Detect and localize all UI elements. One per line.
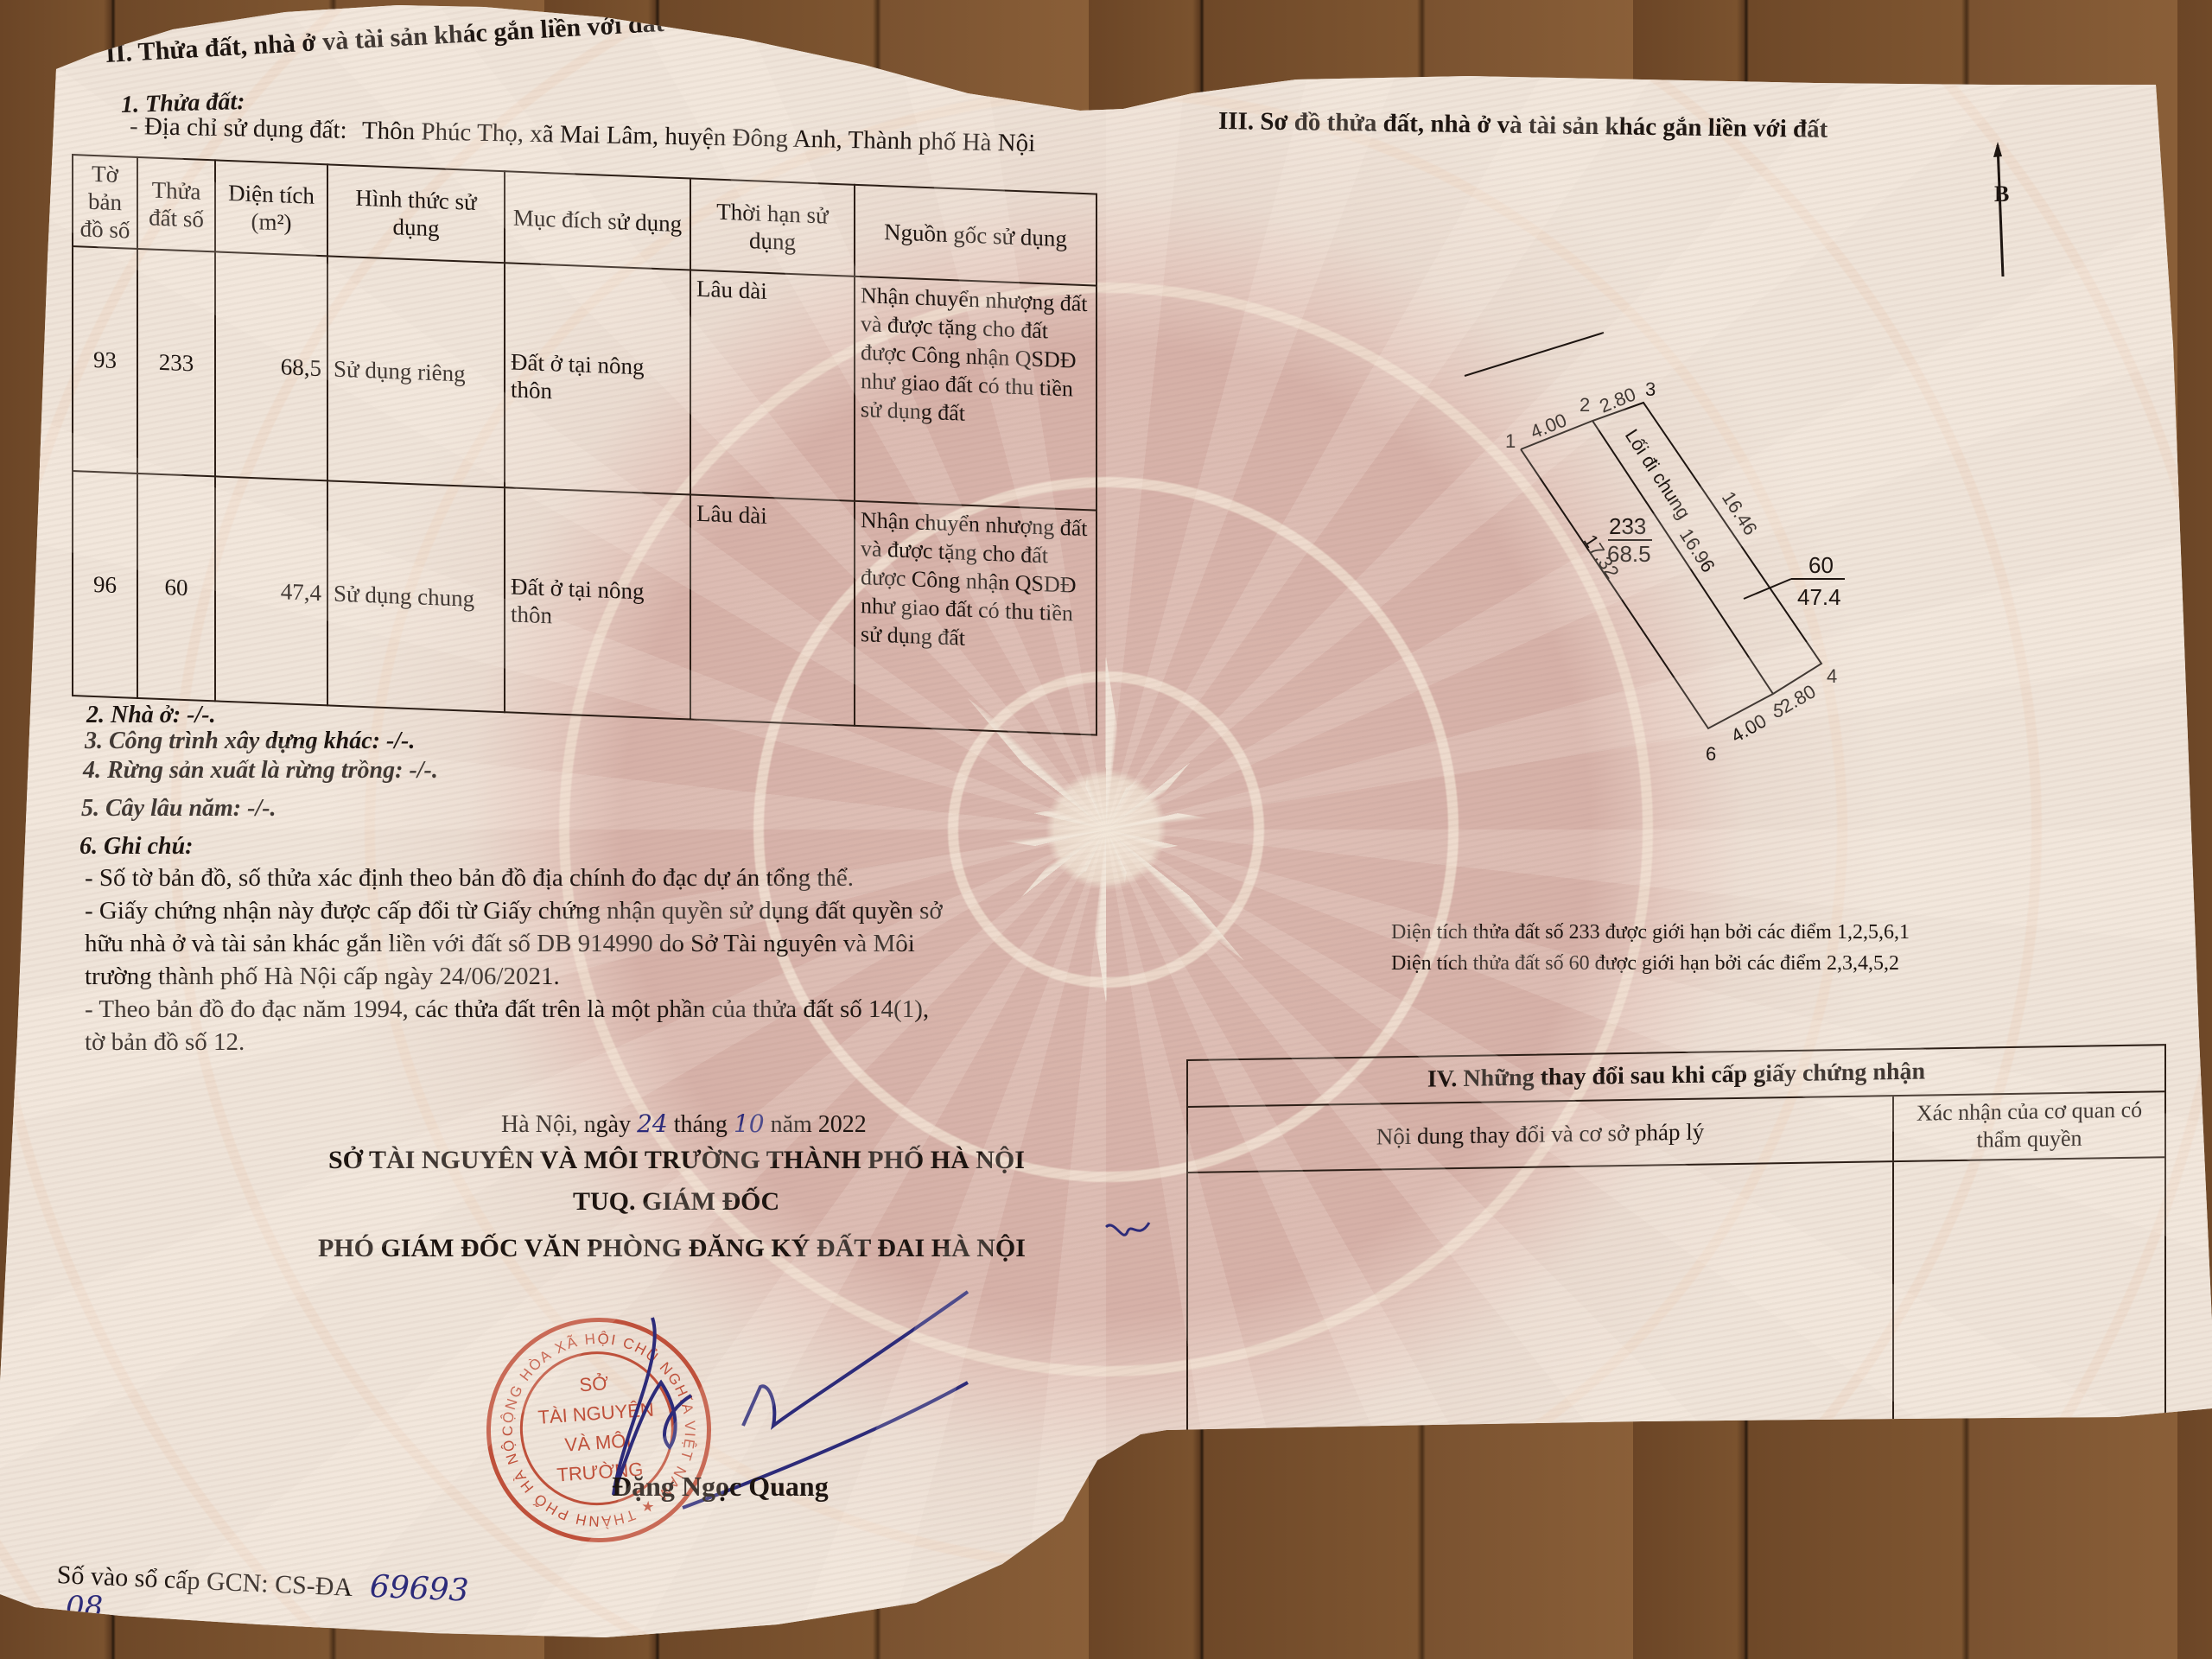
item-house: 2. Nhà ở: -/-. <box>86 702 216 729</box>
boundary-note-60: Diện tích thửa đất số 60 được giới hạn b… <box>1391 952 1899 976</box>
table-row: 96 60 47,4 Sử dụng chung Đất ở tại nông … <box>73 471 1096 735</box>
section-2-title: II. Thửa đất, nhà ở và tài sản khác gắn … <box>105 9 664 69</box>
table-row: 93 233 68,5 Sử dụng riêng Đất ở tại nông… <box>73 246 1096 511</box>
cell-parcel-no: 233 <box>137 249 215 476</box>
col-header-term: Thời hạn sử dụng <box>690 179 855 276</box>
changes-empty-row <box>1188 1158 2164 1550</box>
cell-parcel-no: 60 <box>137 474 215 701</box>
col-header-purpose: Mục đích sử dụng <box>505 171 690 270</box>
changes-table: IV. Những thay đổi sau khi cấp giấy chứn… <box>1186 1044 2166 1552</box>
col-header-usage-form: Hình thức sử dụng <box>327 164 505 263</box>
svg-text:4: 4 <box>1827 665 1837 687</box>
handwritten-signature <box>484 1210 1175 1521</box>
cell-area: 47,4 <box>215 476 327 705</box>
cell-term: Lâu dài <box>690 495 855 726</box>
cell-usage-form: Sử dụng chung <box>327 480 505 712</box>
signer-name: Đặng Ngọc Quang <box>612 1471 829 1503</box>
signing-day: 24 <box>637 1109 668 1138</box>
change-content-cell <box>1188 1162 1894 1550</box>
address-line: - Địa chỉ sử dụng đất: Thôn Phúc Thọ, xã… <box>130 112 1036 158</box>
cell-area: 68,5 <box>215 251 327 480</box>
item-perennial-trees: 5. Cây lâu năm: -/-. <box>81 795 276 823</box>
col-header-area: Diện tích (m²) <box>215 160 327 256</box>
svg-text:16.46: 16.46 <box>1718 487 1762 539</box>
svg-text:1: 1 <box>1505 430 1516 452</box>
note-line: - Số tờ bản đồ, số thửa xác định theo bả… <box>85 864 854 893</box>
svg-text:3: 3 <box>1645 378 1656 400</box>
cell-usage-form: Sử dụng riêng <box>327 256 505 487</box>
registry-number: 69693 <box>369 1569 469 1609</box>
cell-purpose: Đất ở tại nông thôn <box>505 263 690 494</box>
address-value: Thôn Phúc Thọ, xã Mai Lâm, huyện Đông An… <box>362 117 1036 157</box>
col-header-change-content: Nội dung thay đổi và cơ sở pháp lý <box>1188 1096 1894 1172</box>
svg-text:60: 60 <box>1808 552 1834 578</box>
svg-text:16.96: 16.96 <box>1675 524 1719 576</box>
col-header-origin: Nguồn gốc sử dụng <box>855 185 1096 286</box>
note-line: - Theo bản đồ đo đạc năm 1994, các thửa … <box>85 995 929 1024</box>
cell-origin: Nhận chuyển nhượng đất và được tặng cho … <box>855 276 1096 511</box>
cell-map-sheet: 93 <box>73 246 137 474</box>
parcel-diagram: 1 2 3 4 5 6 4.00 2.80 16.46 16.96 2.80 4… <box>1452 311 1884 804</box>
note-line: tờ bản đồ số 12. <box>85 1028 245 1057</box>
registry-handwritten-note: 08 <box>66 1590 103 1624</box>
svg-text:6: 6 <box>1706 743 1716 765</box>
cell-term: Lâu dài <box>690 270 855 501</box>
signing-date: Hà Nội, ngày 24 tháng 10 năm 2022 <box>501 1109 867 1139</box>
cell-map-sheet: 96 <box>73 471 137 698</box>
cell-purpose: Đất ở tại nông thôn <box>505 487 690 719</box>
note-line: hữu nhà ở và tài sản khác gắn liền với đ… <box>85 930 915 958</box>
col-header-parcel-no: Thửa đất số <box>137 157 215 251</box>
cell-origin: Nhận chuyển nhượng đất và được tặng cho … <box>855 501 1096 735</box>
parcel-diagram-svg: 1 2 3 4 5 6 4.00 2.80 16.46 16.96 2.80 4… <box>1452 311 1884 804</box>
land-parcel-table: Tờ bản đồ số Thửa đất số Diện tích (m²) … <box>72 154 1097 736</box>
item-notes-heading: 6. Ghi chú: <box>79 833 193 861</box>
svg-text:68.5: 68.5 <box>1607 541 1651 567</box>
item-forest: 4. Rừng sản xuất là rừng trồng: -/-. <box>83 757 438 785</box>
issuing-organization: SỞ TÀI NGUYÊN VÀ MÔI TRƯỜNG THÀNH PHỐ HÀ… <box>328 1146 1025 1175</box>
col-header-authority-confirmation: Xác nhận của cơ quan có thẩm quyền <box>1894 1092 2164 1160</box>
boundary-note-233: Diện tích thửa đất số 233 được giới hạn … <box>1391 921 1910 944</box>
north-arrow-icon: B <box>1987 130 2039 285</box>
svg-text:B: B <box>1994 181 2009 207</box>
col-header-map-sheet: Tờ bản đồ số <box>73 155 137 249</box>
certificate-page: II. Thửa đất, nhà ở và tài sản khác gắn … <box>0 0 2212 1659</box>
svg-text:2: 2 <box>1580 394 1590 416</box>
section-3-title: III. Sơ đồ thửa đất, nhà ở và tài sản kh… <box>1218 107 1828 144</box>
note-line: - Giấy chứng nhận này được cấp đổi từ Gi… <box>85 897 943 925</box>
svg-text:47.4: 47.4 <box>1797 584 1841 610</box>
item-other-construction: 3. Công trình xây dựng khác: -/-. <box>85 728 415 755</box>
note-line: trường thành phố Hà Nội cấp ngày 24/06/2… <box>85 963 560 991</box>
svg-text:233: 233 <box>1609 513 1646 539</box>
signing-month: 10 <box>734 1109 765 1138</box>
svg-text:Lối đi chung: Lối đi chung <box>1621 425 1695 523</box>
address-label: - Địa chỉ sử dụng đất: <box>130 112 347 144</box>
registry-line: Số vào sổ cấp GCN: CS-ĐA 69693 <box>56 1555 469 1609</box>
